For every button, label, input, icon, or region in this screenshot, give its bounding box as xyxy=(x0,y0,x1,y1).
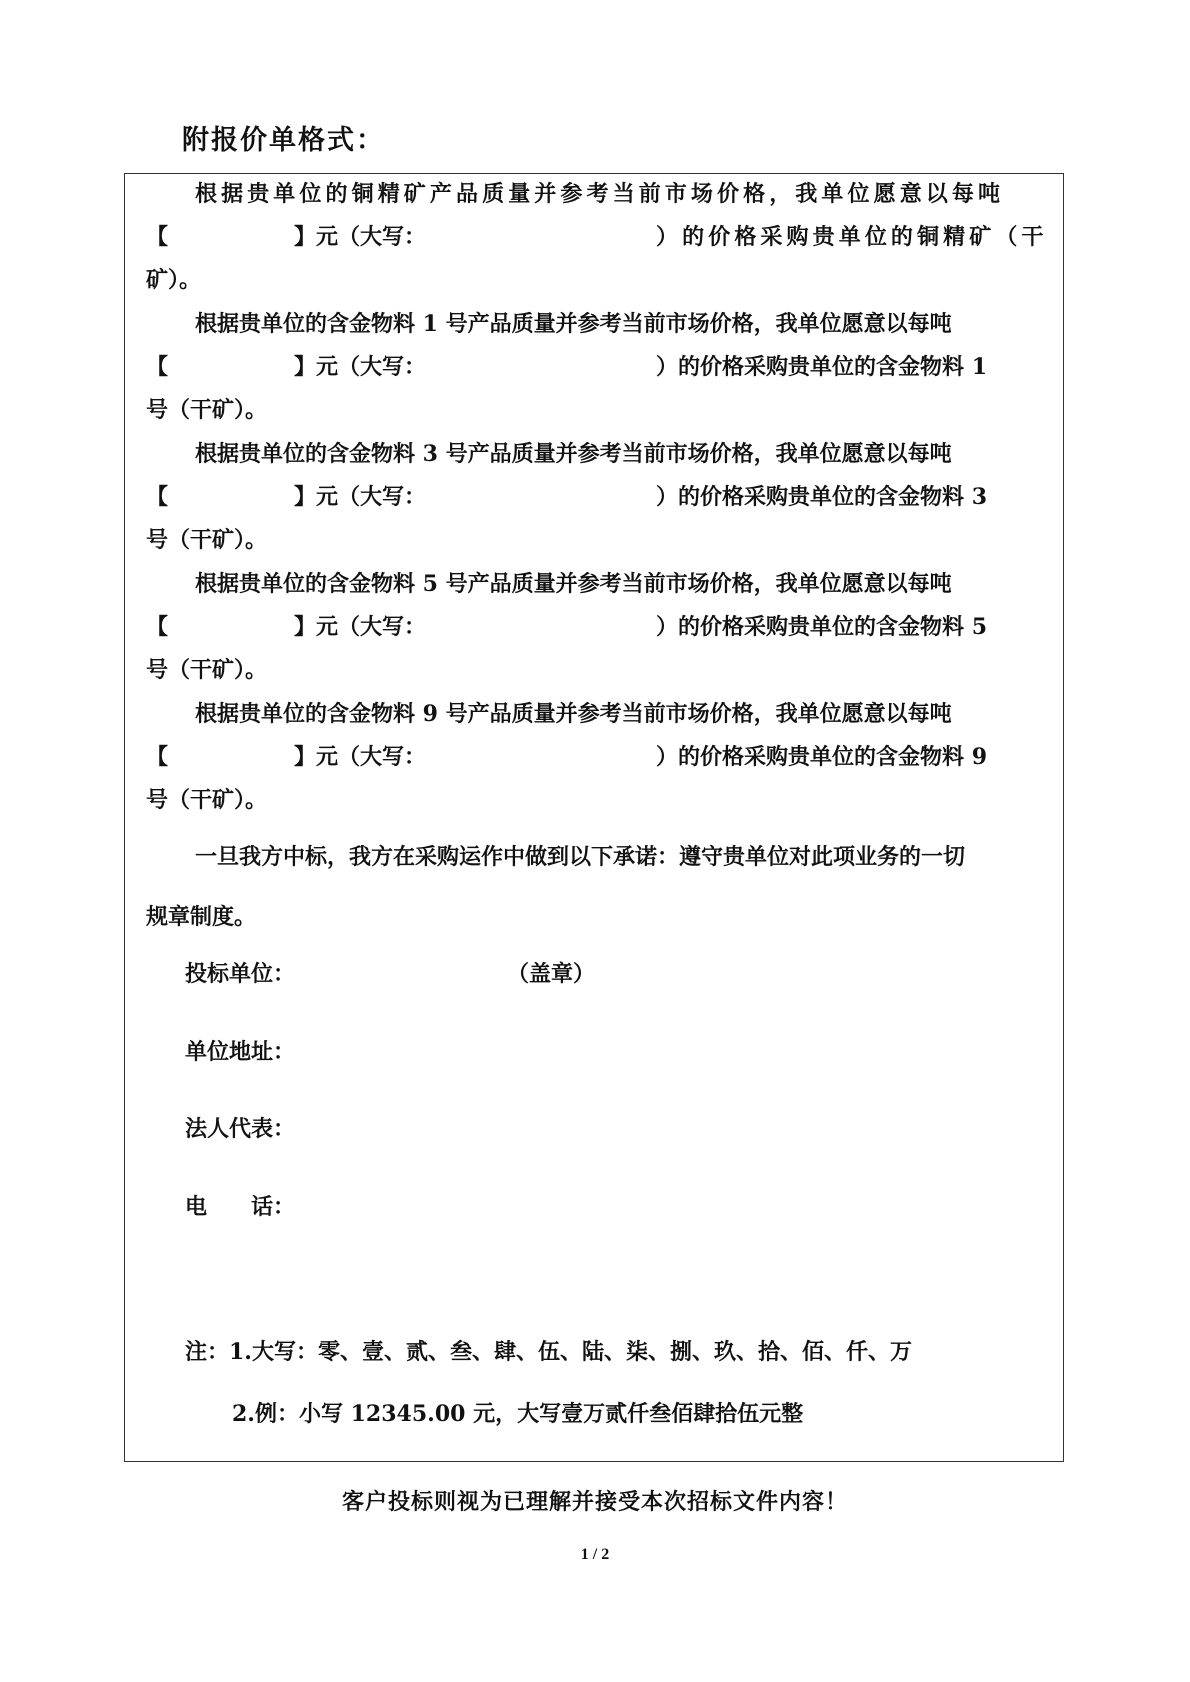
quote-2-line-2: 【】元（大写：）的价格采购贵单位的含金物料 1 xyxy=(146,352,987,382)
quote-1-line-2: 【】元（大写：）的价格采购贵单位的铜精矿（干 xyxy=(146,222,1048,252)
price-bracket-close: 】元（大写： xyxy=(294,354,426,380)
commitment-line-2: 规章制度。 xyxy=(146,902,256,932)
quote-3-line-2: 【】元（大写：）的价格采购贵单位的含金物料 3 xyxy=(146,482,987,512)
quote-3-line-1: 根据贵单位的含金物料 3 号产品质量并参考当前市场价格，我单位愿意以每吨 xyxy=(195,439,952,469)
price-bracket-open: 【 xyxy=(146,744,168,770)
price-bracket-close: 】元（大写： xyxy=(294,224,426,250)
quote-5-line-3: 号（干矿）。 xyxy=(146,785,267,815)
price-bracket-close: 】元（大写： xyxy=(294,614,426,640)
price-bracket-close: 】元（大写： xyxy=(294,484,426,510)
document-heading: 附报价单格式： xyxy=(182,118,385,157)
note-1: 注：1.大写：零、壹、贰、叁、肆、伍、陆、柒、捌、玖、拾、佰、仟、万 xyxy=(185,1337,912,1367)
note-2: 2.例：小写 12345.00 元，大写壹万贰仟叁佰肆拾伍元整 xyxy=(232,1399,803,1429)
price-bracket-open: 【 xyxy=(146,614,168,640)
price-bracket-close: 】元（大写： xyxy=(294,744,426,770)
quote-4-line-2: 【】元（大写：）的价格采购贵单位的含金物料 5 xyxy=(146,612,987,642)
quote-1-line-3: 矿）。 xyxy=(146,265,201,295)
price-bracket-open: 【 xyxy=(146,484,168,510)
quote-2-line-3: 号（干矿）。 xyxy=(146,395,267,425)
quote-5-tail: ）的价格采购贵单位的含金物料 9 xyxy=(656,744,987,770)
quote-2-tail: ）的价格采购贵单位的含金物料 1 xyxy=(656,354,987,380)
price-bracket-open: 【 xyxy=(146,224,168,250)
phone-label: 电 话： xyxy=(185,1192,295,1222)
quote-1-tail: ）的价格采购贵单位的铜精矿（干 xyxy=(656,224,1048,250)
quote-4-line-3: 号（干矿）。 xyxy=(146,655,267,685)
quote-4-tail: ）的价格采购贵单位的含金物料 5 xyxy=(656,614,987,640)
quote-3-line-3: 号（干矿）。 xyxy=(146,525,267,555)
quote-2-line-1: 根据贵单位的含金物料 1 号产品质量并参考当前市场价格，我单位愿意以每吨 xyxy=(195,309,952,339)
price-bracket-open: 【 xyxy=(146,354,168,380)
bidder-label: 投标单位： xyxy=(185,959,295,989)
address-label: 单位地址： xyxy=(185,1037,295,1067)
seal-label: （盖章） xyxy=(507,959,595,989)
commitment-line-1: 一旦我方中标，我方在采购运作中做到以下承诺：遵守贵单位对此项业务的一切 xyxy=(195,842,965,872)
quote-4-line-1: 根据贵单位的含金物料 5 号产品质量并参考当前市场价格，我单位愿意以每吨 xyxy=(195,569,952,599)
legal-rep-label: 法人代表： xyxy=(185,1114,295,1144)
quote-1-line-1: 根据贵单位的铜精矿产品质量并参考当前市场价格，我单位愿意以每吨 xyxy=(195,179,1004,209)
quote-5-line-2: 【】元（大写：）的价格采购贵单位的含金物料 9 xyxy=(146,742,987,772)
quote-3-tail: ）的价格采购贵单位的含金物料 3 xyxy=(656,484,987,510)
page-number: 1 / 2 xyxy=(0,1546,1190,1564)
footer-notice: 客户投标则视为已理解并接受本次招标文件内容！ xyxy=(0,1485,1190,1516)
quote-5-line-1: 根据贵单位的含金物料 9 号产品质量并参考当前市场价格，我单位愿意以每吨 xyxy=(195,699,952,729)
